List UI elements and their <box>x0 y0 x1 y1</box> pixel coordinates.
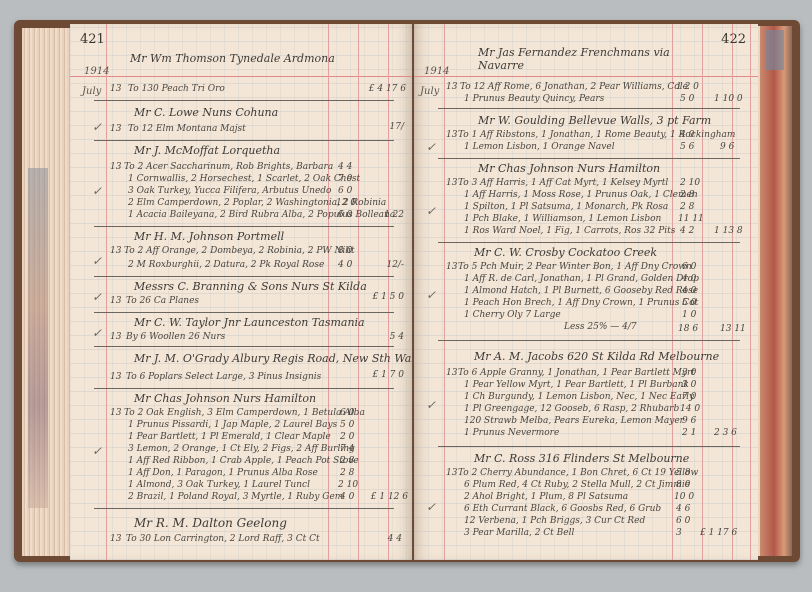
check-mark: ✓ <box>426 204 436 218</box>
entry-figure: 4 0 <box>682 274 696 284</box>
entry-total: £ 1 7 0 <box>373 370 405 380</box>
entry-separator <box>94 276 394 277</box>
ledger-page-right: 422 1914 July Mr Jas Fernandez Frenchman… <box>414 24 758 560</box>
entry-separator <box>438 446 740 447</box>
entry-figure: 6 0 <box>338 210 352 220</box>
entry-figure: 11 11 <box>678 214 704 224</box>
entry-figure: 6 0 <box>338 186 352 196</box>
discount-note: Less 25% — 4/7 <box>564 322 637 332</box>
entry-figure: 10 0 <box>674 492 694 502</box>
entry-line: 1 Aff Don, 1 Paragon, 1 Prunus Alba Rose <box>128 468 318 478</box>
edge-marbling <box>766 30 784 70</box>
check-mark: ✓ <box>426 140 436 154</box>
edge-stain <box>28 168 48 508</box>
entry-figure: 2 8 <box>680 202 694 212</box>
column-rule <box>750 24 751 560</box>
entry-total: 13 11 <box>720 324 746 334</box>
red-header-rule <box>414 76 758 77</box>
entry-figure: 6 0 <box>340 408 354 418</box>
entry-figure: 4 4 <box>338 162 352 172</box>
entry-line: 1 Aff Harris, 1 Moss Rose, 1 Prunus Oak,… <box>464 190 698 200</box>
entry-line: 120 Strawb Melba, Pears Eureka, Lemon Ma… <box>464 416 684 426</box>
entry-line: 1 Spilton, 1 Pl Satsuma, 1 Monarch, Pk R… <box>464 202 668 212</box>
entry-figure: 9 6 <box>682 416 696 426</box>
entry-total: £ 1 5 0 <box>373 292 405 302</box>
entry-day: 13 <box>446 82 457 92</box>
entry-heading: Mr Chas Johnson Nurs Hamilton <box>134 392 316 405</box>
entry-day: 13 <box>446 130 457 140</box>
entry-total: £ 1 17 6 <box>700 528 737 538</box>
entry-total: 17/ <box>390 122 404 132</box>
entry-day: 13 <box>110 408 121 418</box>
check-mark: ✓ <box>426 500 436 514</box>
entry-line: 1 Prunus Nevermore <box>464 428 559 438</box>
entry-separator <box>94 312 394 313</box>
entry-heading: Mr R. M. Dalton Geelong <box>134 516 287 530</box>
entry-figure: 6 0 <box>682 262 696 272</box>
entry-line: 1 Aff Red Ribbon, 1 Crab Apple, 1 Peach … <box>128 456 359 466</box>
entry-figure: 7 0 <box>682 392 696 402</box>
entry-total: 4 4 <box>388 534 402 544</box>
entry-total: £ 1 12 6 <box>371 492 408 502</box>
year: 1914 <box>84 66 109 77</box>
entry-figure: 8 0 <box>338 246 352 256</box>
column-rule <box>732 24 733 560</box>
entry-day: 13 <box>446 368 457 378</box>
date-margin-rule <box>106 24 107 560</box>
entry-line: 12 Verbena, 1 Pch Briggs, 3 Cur Ct Red <box>464 516 645 526</box>
entry-day: 13 <box>110 84 121 94</box>
entry-figure: 8 0 <box>676 480 690 490</box>
entry-line: To 2 Acer Saccharinum, Rob Brights, Barb… <box>124 162 333 172</box>
entry-figure: 5 0 <box>340 420 354 430</box>
entry-figure: 3 <box>676 528 682 538</box>
entry-total: 12/- <box>386 260 404 270</box>
entry-heading: Mr C. Ross 316 Flinders St Melbourne <box>474 452 689 465</box>
entry-line: To 26 Ca Planes <box>126 296 199 306</box>
entry-day: 13 <box>110 534 121 544</box>
entry-heading: Mr J. M. O'Grady Albury Regis Road, New … <box>134 352 412 365</box>
check-mark: ✓ <box>92 444 102 458</box>
entry-line: 1 Pch Blake, 1 Williamson, 1 Lemon Lisbo… <box>464 214 661 224</box>
entry-separator <box>438 242 740 243</box>
entry-line: To 2 Cherry Abundance, 1 Bon Chret, 6 Ct… <box>458 468 698 478</box>
entry-line: To 12 Aff Rome, 6 Jonathan, 2 Pear Willi… <box>460 82 688 92</box>
entry-figure: 5 0 <box>682 298 696 308</box>
entry-line: 1 Cherry Oly 7 Large <box>464 310 561 320</box>
entry-figure: 4 0 <box>682 286 696 296</box>
entry-figure: 2 1 <box>682 428 696 438</box>
entry-line: To 5 Pch Muir, 2 Pear Winter Bon, 1 Aff … <box>458 262 692 272</box>
entry-line: To 12 Elm Montana Majst <box>128 124 246 134</box>
month: July <box>82 86 101 97</box>
entry-figure: 7 0 <box>338 174 352 184</box>
entry-day: 13 <box>446 262 457 272</box>
entry-line: 1 Acacia Baileyana, 2 Bird Rubra Alba, 2… <box>128 210 395 220</box>
entry-line: To 2 Oak English, 3 Elm Camperdown, 1 Be… <box>124 408 365 418</box>
entry-line: 6 Plum Red, 4 Ct Ruby, 2 Stella Mull, 2 … <box>464 480 690 490</box>
entry-figure: 6 0 <box>676 516 690 526</box>
entry-separator <box>438 158 740 159</box>
entry-day: 13 <box>110 124 121 134</box>
entry-figure: 4 0 <box>680 130 694 140</box>
entry-heading: Mr C. W. Taylor Jnr Launceston Tasmania <box>134 316 365 329</box>
entry-subtotal: 18 6 <box>678 324 698 334</box>
ledger-page-left: 421 1914 July Mr Wm Thomson Tynedale Ard… <box>70 24 412 560</box>
page-number: 421 <box>80 32 105 47</box>
entry-line: 1 Lemon Lisbon, 1 Orange Navel <box>464 142 615 152</box>
entry-separator <box>438 340 740 341</box>
entry-day: 13 <box>446 178 457 188</box>
entry-line: To 3 Aff Harris, 1 Aff Cat Myrt, 1 Kelse… <box>458 178 668 188</box>
entry-figure: 2 8 <box>680 190 694 200</box>
entry-heading: Mr J. McMoffat Lorquetha <box>134 144 280 157</box>
check-mark: ✓ <box>92 254 102 268</box>
month: July <box>420 86 439 97</box>
entry-figure: 4 0 <box>338 260 352 270</box>
entry-figure: 2 0 <box>340 432 354 442</box>
check-mark: ✓ <box>92 184 102 198</box>
entry-figure: 14 0 <box>680 404 700 414</box>
entry-line: 3 Lemon, 2 Orange, 1 Ct Ely, 2 Figs, 2 A… <box>128 444 355 454</box>
year: 1914 <box>424 66 449 77</box>
entry-heading: Mr Chas Johnson Nurs Hamilton <box>478 162 660 175</box>
entry-line: 1 Almond Hatch, 1 Pl Burnett, 6 Gooseby … <box>464 286 698 296</box>
page-edges-left <box>22 28 72 556</box>
entry-heading: Mr H. M. Johnson Portmell <box>134 230 284 243</box>
entry-line: 1 Cornwallis, 2 Horsechest, 1 Scarlet, 2… <box>128 174 360 184</box>
entry-line: 2 Brazil, 1 Poland Royal, 3 Myrtle, 1 Ru… <box>128 492 343 502</box>
entry-heading: Mr A. M. Jacobs 620 St Kilda Rd Melbourn… <box>474 350 719 363</box>
entry-figure: 5 6 <box>680 142 694 152</box>
check-mark: ✓ <box>92 326 102 340</box>
red-header-rule <box>70 76 412 77</box>
entry-line: 1 Almond, 3 Oak Turkey, 1 Laurel Tuncl <box>128 480 310 490</box>
entry-figure: 1 2 0 <box>676 82 699 92</box>
entry-separator <box>94 508 394 509</box>
entry-total: 2 3 6 <box>714 428 737 438</box>
entry-figure: 5 0 <box>680 94 694 104</box>
entry-figure: 3 0 <box>682 368 696 378</box>
entry-day: 13 <box>110 372 121 382</box>
check-mark: ✓ <box>92 290 102 304</box>
entry-separator <box>438 108 740 109</box>
entry-line: To 130 Peach Tri Oro <box>128 84 225 94</box>
entry-heading: Mr Jas Fernandez Frenchmans via Navarre <box>478 46 678 72</box>
entry-separator <box>94 140 394 141</box>
entry-heading: Mr C. W. Crosby Cockatoo Creek <box>474 246 657 259</box>
page-edges-right <box>752 26 792 556</box>
entry-figure: 4 6 <box>676 504 690 514</box>
entry-line: To 6 Poplars Select Large, 3 Pinus Insig… <box>126 372 321 382</box>
check-mark: ✓ <box>92 120 102 134</box>
entry-line: 1 Pear Yellow Myrt, 1 Pear Bartlett, 1 P… <box>464 380 689 390</box>
check-mark: ✓ <box>426 288 436 302</box>
entry-line: 1 Prunus Pissardi, 1 Jap Maple, 2 Laurel… <box>128 420 337 430</box>
entry-line: 2 Ahol Bright, 1 Plum, 8 Pl Satsuma <box>464 492 628 502</box>
entry-figure: 1 0 <box>682 310 696 320</box>
entry-line: 1 Aff R. de Carl, Jonathan, 1 Pl Grand, … <box>464 274 699 284</box>
entry-line: 1 Prunus Beauty Quincy, Pears <box>464 94 604 104</box>
entry-line: 3 Pear Marilla, 2 Ct Bell <box>464 528 574 538</box>
entry-line: To 2 Aff Orange, 2 Dombeya, 2 Robinia, 2… <box>124 246 355 256</box>
entry-line: 1 Ros Ward Noel, 1 Fig, 1 Carrots, Ros 3… <box>464 226 675 236</box>
entry-line: 1 Ch Burgundy, 1 Lemon Lisbon, Nec, 1 Ne… <box>464 392 694 402</box>
entry-day: 13 <box>110 162 121 172</box>
entry-day: 13 <box>110 296 121 306</box>
entry-line: To 6 Apple Granny, 1 Jonathan, 1 Pear Ba… <box>458 368 695 378</box>
entry-figure: 7 4 <box>340 444 354 454</box>
entry-figure: 4 2 <box>680 226 694 236</box>
entry-line: 1 Pl Greengage, 12 Gooseb, 6 Rasp, 2 Rhu… <box>464 404 679 414</box>
entry-total: 1 13 8 <box>714 226 743 236</box>
entry-total: 5 4 <box>390 332 404 342</box>
entry-line: 3 Oak Turkey, Yucca Filifera, Arbutus Un… <box>128 186 331 196</box>
entry-separator <box>94 388 394 389</box>
entry-figure: 2 10 <box>338 480 358 490</box>
entry-figure: 3 0 <box>682 380 696 390</box>
entry-heading: Messrs C. Branning & Sons Nurs St Kilda <box>134 280 367 293</box>
entry-separator <box>94 226 394 227</box>
entry-line: 6 Eth Currant Black, 6 Goosbs Red, 6 Gru… <box>464 504 661 514</box>
entry-figure: 2 10 <box>680 178 700 188</box>
entry-figure: 12 0 <box>336 198 356 208</box>
entry-heading: Mr Wm Thomson Tynedale Ardmona <box>130 52 335 65</box>
entry-day: 13 <box>110 332 121 342</box>
entry-line: 1 Peach Hon Brech, 1 Aff Dny Crown, 1 Pr… <box>464 298 698 308</box>
entry-separator <box>94 346 394 347</box>
column-rule <box>702 24 703 560</box>
entry-total: £ 4 17 6 <box>369 84 406 94</box>
entry-total: 1 10 0 <box>714 94 743 104</box>
entry-total: 1 22 <box>384 210 404 220</box>
check-mark: ✓ <box>426 398 436 412</box>
entry-figure: 4 0 <box>340 492 354 502</box>
entry-figure: 2 8 <box>340 456 354 466</box>
entry-figure: 5 8 <box>676 468 690 478</box>
entry-total: 9 6 <box>720 142 734 152</box>
date-margin-rule <box>444 24 445 560</box>
entry-heading: Mr W. Goulding Bellevue Walls, 3 pt Farm <box>478 114 711 127</box>
entry-line: By 6 Woollen 26 Nurs <box>126 332 225 342</box>
entry-heading: Mr C. Lowe Nuns Cohuna <box>134 106 278 119</box>
page-number: 422 <box>721 32 746 47</box>
entry-line: 1 Pear Bartlett, 1 Pl Emerald, 1 Clear M… <box>128 432 331 442</box>
entry-line: 2 M Roxburghii, 2 Datura, 2 Pk Royal Ros… <box>128 260 324 270</box>
entry-day: 13 <box>110 246 121 256</box>
entry-figure: 2 8 <box>340 468 354 478</box>
entry-day: 13 <box>446 468 457 478</box>
entry-line: To 30 Lon Carrington, 2 Lord Raff, 3 Ct … <box>126 534 320 544</box>
entry-separator <box>94 100 394 101</box>
